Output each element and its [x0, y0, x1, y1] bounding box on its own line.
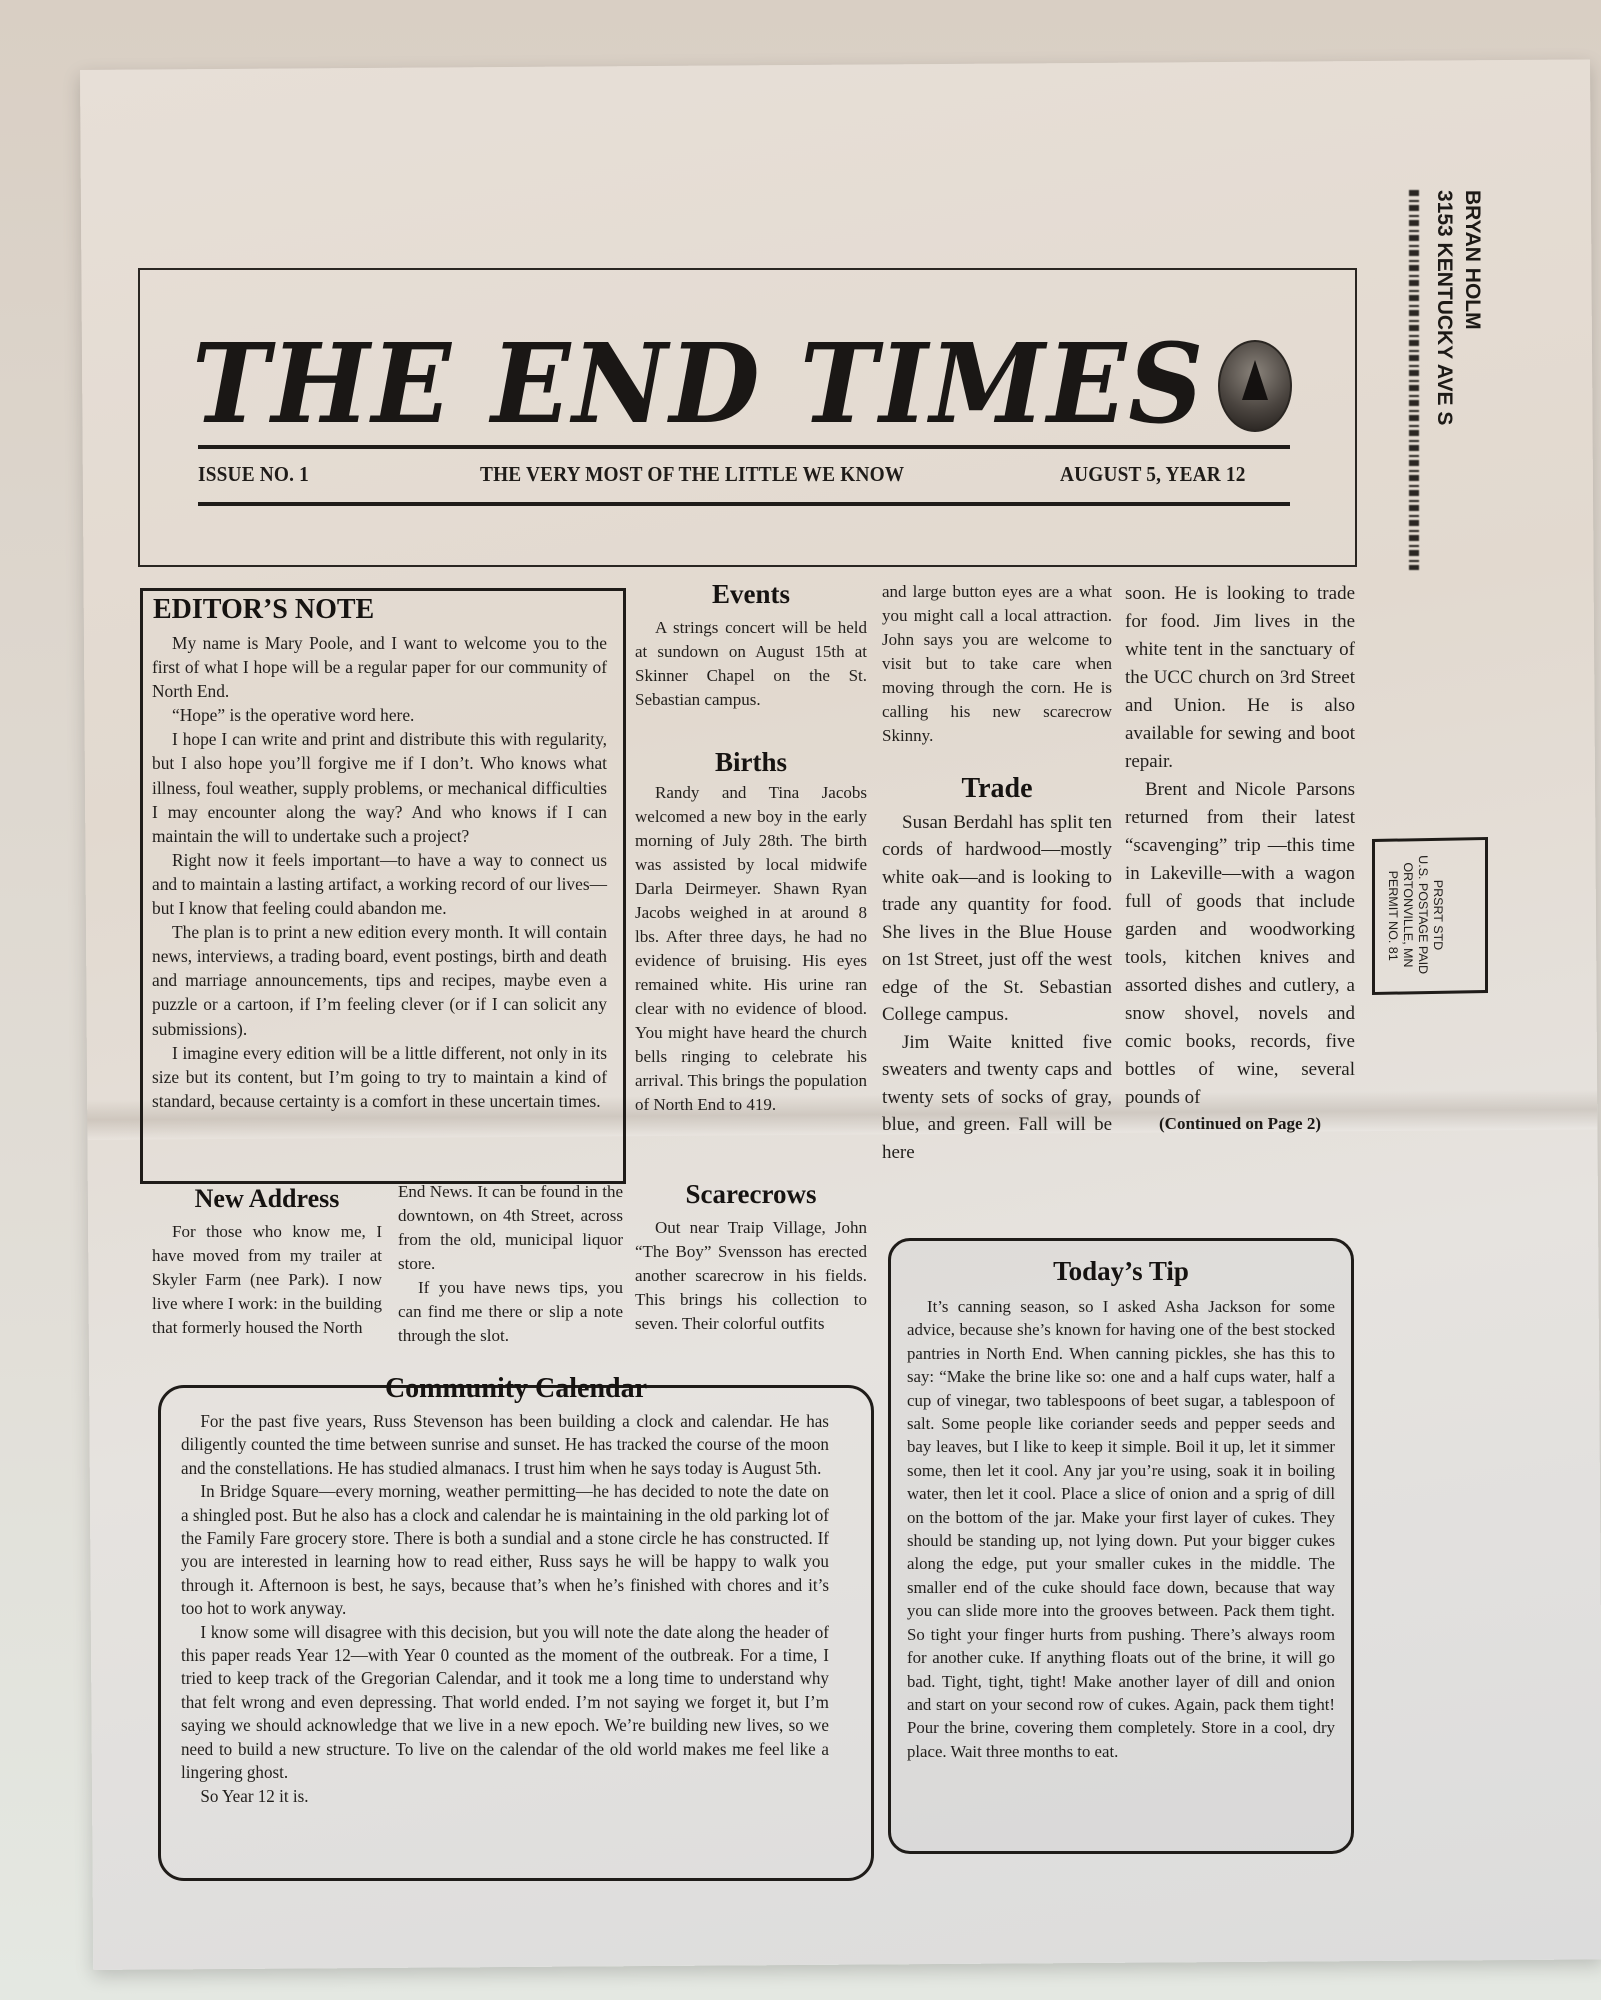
events-heading: Events	[635, 580, 867, 610]
todays-tip-box: Today’s Tip It’s canning season, so I as…	[888, 1238, 1354, 1854]
calendar-paragraph: For the past five years, Russ Stevenson …	[181, 1410, 829, 1480]
todays-tip-heading: Today’s Tip	[891, 1257, 1351, 1287]
new-address-heading: New Address	[152, 1185, 382, 1214]
editors-note-box: EDITOR’S NOTE My name is Mary Poole, and…	[140, 588, 626, 1184]
scarecrows-paragraph: Out near Traip Village, John “The Boy” S…	[635, 1216, 867, 1336]
editors-note-paragraph: My name is Mary Poole, and I want to wel…	[152, 631, 607, 703]
calendar-paragraph: In Bridge Square—every morning, weather …	[181, 1480, 829, 1620]
births-heading: Births	[635, 748, 867, 778]
scarecrows-heading: Scarecrows	[635, 1180, 867, 1210]
masthead-rule-top	[198, 445, 1290, 449]
new-address-paragraph: End News. It can be found in the downtow…	[398, 1180, 623, 1276]
trade-heading: Trade	[882, 774, 1112, 805]
trade-paragraph: Susan Berdahl has split ten cords of har…	[882, 809, 1112, 1029]
issue-number: ISSUE NO. 1	[198, 462, 309, 487]
births-paragraph: Randy and Tina Jacobs welcomed a new boy…	[635, 781, 867, 1117]
community-calendar-box: Community Calendar For the past five yea…	[158, 1385, 874, 1881]
trade-column-cont: soon. He is looking to trade for food. J…	[1125, 580, 1355, 1134]
new-address-article: New Address For those who know me, I hav…	[152, 1185, 382, 1340]
editors-note-paragraph: I hope I can write and print and distrib…	[152, 727, 607, 847]
editors-note-heading: EDITOR’S NOTE	[153, 595, 374, 626]
new-address-paragraph: For those who know me, I have moved from…	[152, 1220, 382, 1340]
barcode-icon	[1409, 190, 1419, 570]
calendar-paragraph: I know some will disagree with this deci…	[181, 1621, 829, 1785]
recipient-name: BRYAN HOLM	[1461, 190, 1484, 330]
trade-paragraph: Jim Waite knitted five sweaters and twen…	[882, 1029, 1112, 1167]
scarecrows-trade-column: and large button eyes are a what you mig…	[882, 580, 1112, 1166]
tagline: THE VERY MOST OF THE LITTLE WE KNOW	[480, 462, 904, 487]
postage-line: PRSRT STD	[1430, 849, 1445, 981]
mailing-address: BRYAN HOLM 3153 KENTUCKY AVE S	[1402, 190, 1486, 570]
calendar-paragraph: So Year 12 it is.	[181, 1785, 829, 1808]
editors-note-paragraph: I imagine every edition will be a little…	[152, 1041, 607, 1113]
community-calendar-heading: Community Calendar	[161, 1374, 871, 1405]
editors-note-paragraph: “Hope” is the operative word here.	[152, 703, 607, 727]
trade-paragraph: Brent and Nicole Parsons returned from t…	[1125, 776, 1355, 1112]
recipient-street: 3153 KENTUCKY AVE S	[1433, 190, 1456, 425]
scarecrows-article: Scarecrows Out near Traip Village, John …	[635, 1180, 867, 1336]
issue-date: AUGUST 5, YEAR 12	[1060, 462, 1246, 487]
continued-link[interactable]: (Continued on Page 2)	[1125, 1114, 1355, 1134]
church-steeple-icon	[1218, 340, 1292, 432]
tip-paragraph: It’s canning season, so I asked Asha Jac…	[907, 1295, 1335, 1763]
masthead: THE END TIMES ISSUE NO. 1 THE VERY MOST …	[138, 268, 1357, 567]
trade-paragraph: soon. He is looking to trade for food. J…	[1125, 580, 1355, 776]
postage-indicia: PRSRT STD U.S. POSTAGE PAID ORTONVILLE, …	[1372, 837, 1488, 995]
scarecrows-paragraph: and large button eyes are a what you mig…	[882, 580, 1112, 748]
newspaper-title: THE END TIMES	[192, 329, 1205, 438]
postage-line: PERMIT NO. 81	[1385, 850, 1400, 982]
editors-note-paragraph: The plan is to print a new edition every…	[152, 920, 607, 1040]
events-paragraph: A strings concert will be held at sundow…	[635, 616, 867, 712]
postage-line: ORTONVILLE, MN	[1400, 849, 1415, 981]
editors-note-paragraph: Right now it feels important—to have a w…	[152, 848, 607, 920]
new-address-article-cont: End News. It can be found in the downtow…	[398, 1180, 623, 1348]
masthead-rule-bottom	[198, 502, 1290, 506]
events-births-column: Events A strings concert will be held at…	[635, 580, 867, 1117]
postage-line: U.S. POSTAGE PAID	[1415, 849, 1430, 981]
new-address-paragraph: If you have news tips, you can find me t…	[398, 1276, 623, 1348]
